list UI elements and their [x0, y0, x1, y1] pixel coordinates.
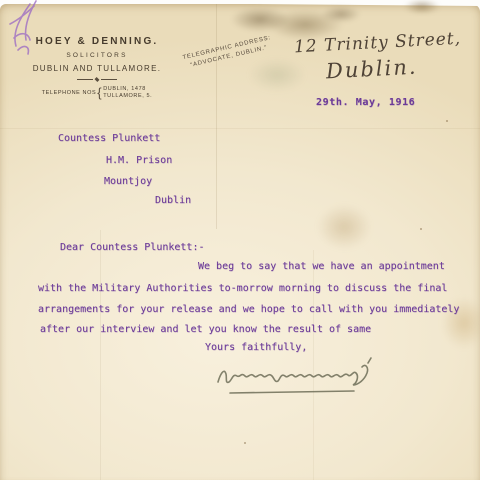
decorative-rule [77, 77, 117, 81]
speck [244, 442, 246, 444]
scanned-letter: HOEY & DENNING. SOLICITORS DUBLIN AND TU… [0, 0, 480, 480]
telephone-label: TELEPHONE NOS [42, 90, 97, 96]
signature-scrawl [216, 355, 401, 401]
body-line: after our interview and let you know the… [40, 324, 371, 335]
recipient-address-line: Mountjoy [104, 176, 152, 187]
telephone-dublin: DUBLIN, 1478 [103, 86, 152, 93]
brace-glyph: { [97, 85, 102, 100]
salutation: Dear Countess Plunkett:- [60, 242, 205, 253]
speck [446, 120, 448, 122]
body-line: arrangements for your release and we hop… [38, 304, 459, 315]
body-line: with the Military Authorities to-morrow … [38, 283, 447, 294]
body-line: We beg to say that we have an appointmen… [198, 261, 445, 272]
fold-crease-vertical [100, 230, 101, 480]
recipient-address-line: Dublin [155, 195, 191, 206]
firm-locations: DUBLIN AND TULLAMORE. [24, 64, 170, 73]
letterhead: HOEY & DENNING. SOLICITORS DUBLIN AND TU… [24, 36, 170, 100]
letter-date: 29th. May, 1916 [316, 97, 415, 108]
fold-crease-vertical [216, 4, 217, 229]
recipient-name: Countess Plunkett [58, 133, 160, 144]
firm-profession: SOLICITORS [24, 52, 170, 59]
speck [420, 228, 422, 230]
telephone-numbers: TELEPHONE NOS { DUBLIN, 1478 TULLAMORE, … [24, 85, 170, 100]
recipient-address-line: H.M. Prison [106, 155, 172, 166]
fold-crease-horizontal [0, 128, 480, 129]
letterhead-city: Dublin. [325, 55, 418, 84]
telephone-tullamore: TULLAMORE, 5. [103, 93, 152, 100]
closing: Yours faithfully, [205, 342, 307, 353]
firm-name: HOEY & DENNING. [24, 36, 170, 47]
